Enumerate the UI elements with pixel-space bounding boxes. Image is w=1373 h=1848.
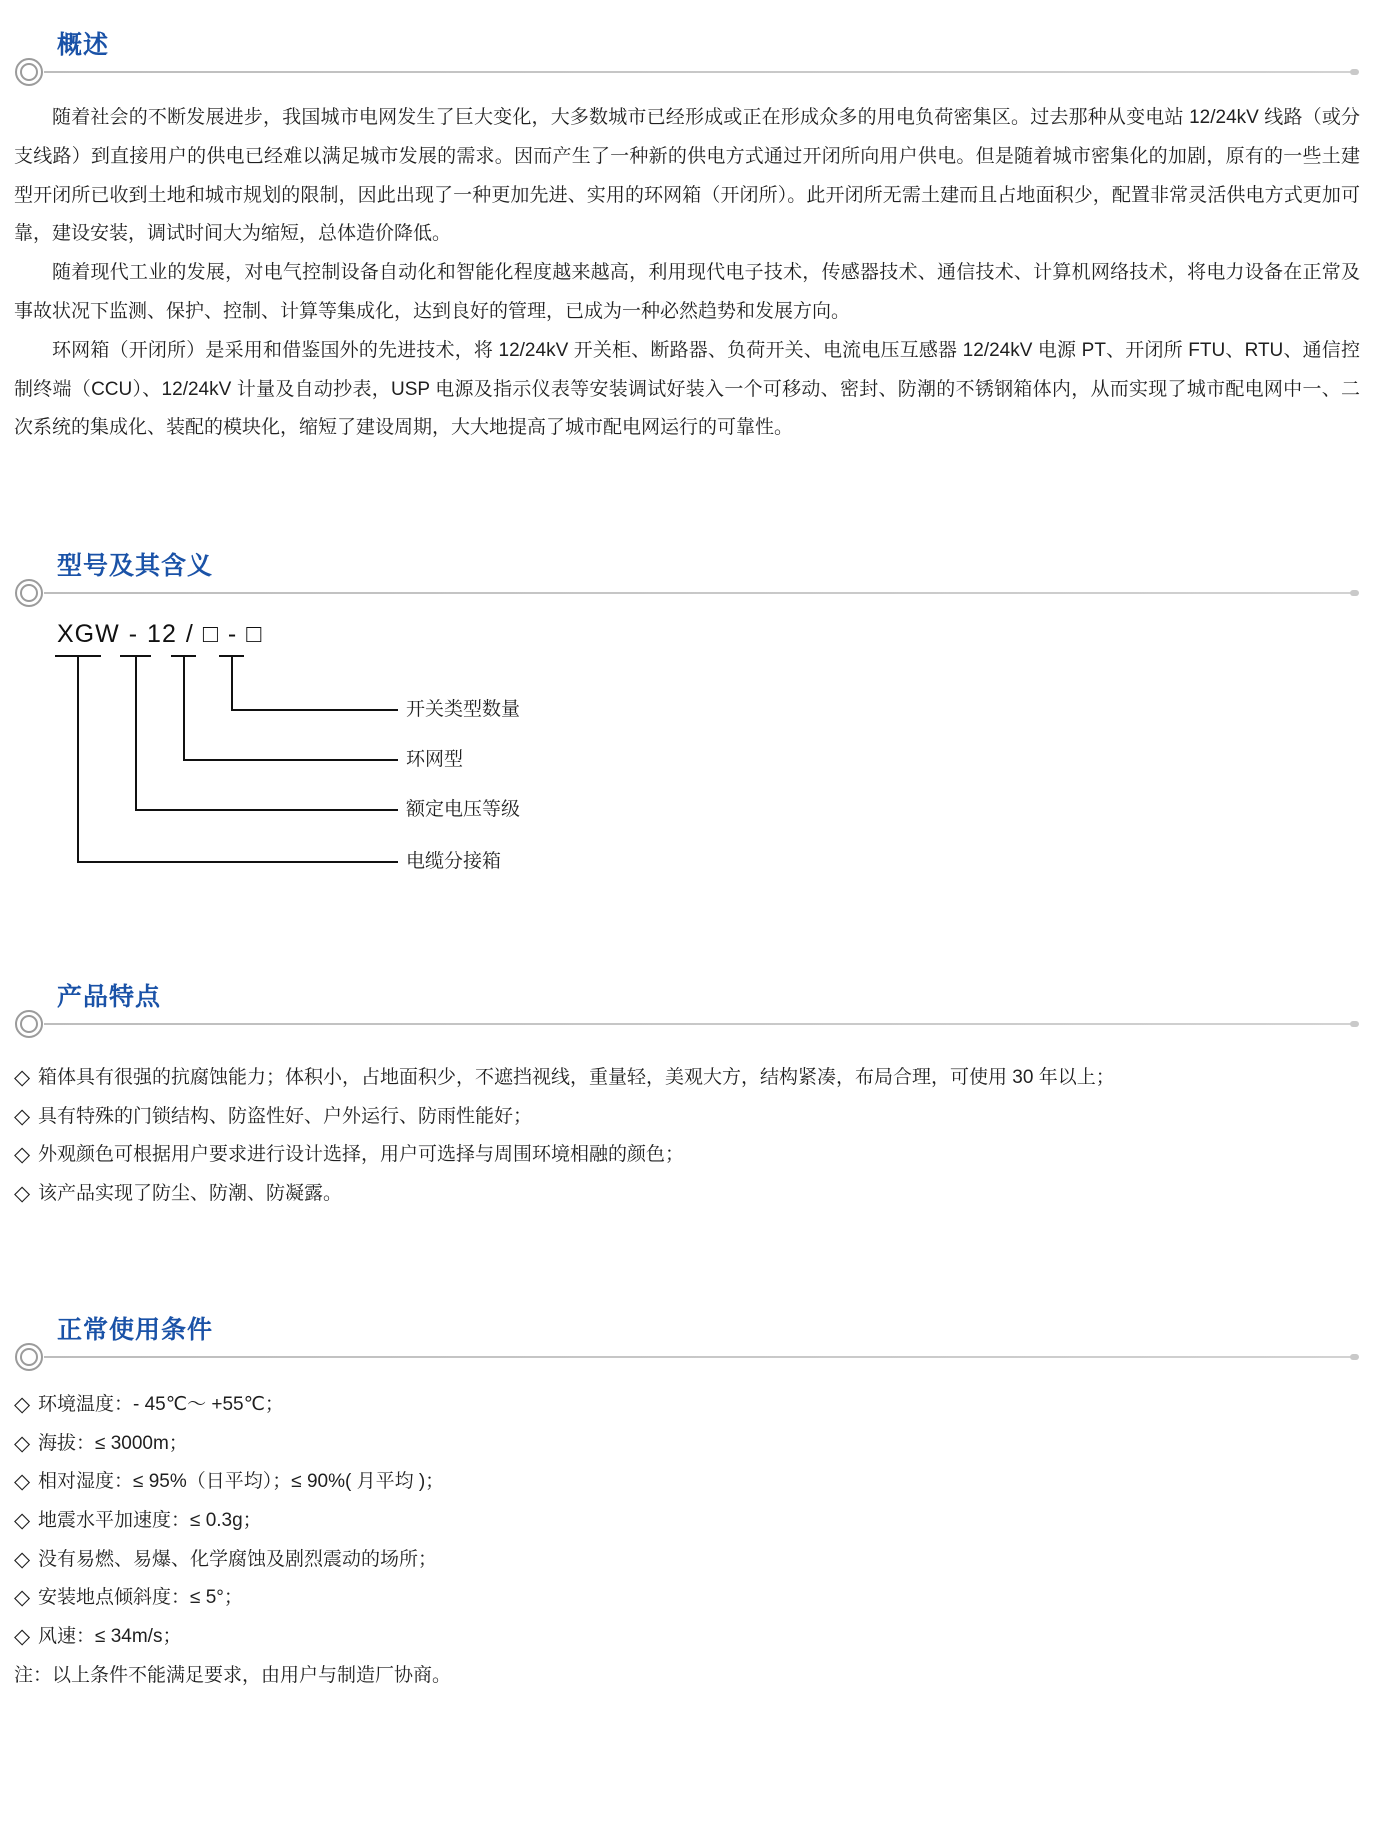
condition-item-text: 海拔：≤ 3000m； (38, 1425, 188, 1464)
section-marker-inner-ring-icon (20, 1015, 38, 1033)
model-label-cable-branch-box: 电缆分接箱 (406, 849, 501, 875)
section-marker-icon (15, 1343, 43, 1371)
model-code: XGW - 12 / □ - □ (57, 620, 262, 649)
section-rule-end-dot (1350, 69, 1359, 75)
section-rule-end-dot (1350, 1354, 1359, 1360)
feature-item-text: 具有特殊的门锁结构、防盗性好、户外运行、防雨性能好； (38, 1098, 532, 1137)
section-header-features: 产品特点 (0, 982, 1373, 1044)
condition-item: ◇ 相对湿度：≤ 95%（日平均）；≤ 90%( 月平均 )； (14, 1463, 1360, 1502)
feature-item-text: 该产品实现了防尘、防潮、防凝露。 (38, 1175, 342, 1214)
connector-horizontal-line (231, 709, 398, 711)
diamond-bullet-icon: ◇ (14, 1059, 38, 1098)
overview-paragraph: 环网箱（开闭所）是采用和借鉴国外的先进技术，将 12/24kV 开关柜、断路器、… (14, 332, 1360, 448)
diamond-bullet-icon: ◇ (14, 1425, 38, 1464)
section-rule (44, 1023, 1356, 1025)
section-title-model: 型号及其含义 (57, 551, 213, 581)
section-rule (44, 592, 1356, 594)
model-label-switch-type-count: 开关类型数量 (406, 697, 520, 723)
diamond-bullet-icon: ◇ (14, 1098, 38, 1137)
diamond-bullet-icon: ◇ (14, 1579, 38, 1618)
model-code-separator: - (228, 620, 237, 649)
section-marker-inner-ring-icon (20, 1348, 38, 1366)
overview-paragraph: 随着现代工业的发展，对电气控制设备自动化和智能化程度越来越高，利用现代电子技术，… (14, 254, 1360, 332)
diamond-bullet-icon: ◇ (14, 1541, 38, 1580)
overview-paragraph: 随着社会的不断发展进步，我国城市电网发生了巨大变化，大多数城市已经形成或正在形成… (14, 99, 1360, 254)
feature-item: ◇ 具有特殊的门锁结构、防盗性好、户外运行、防雨性能好； (14, 1098, 1360, 1137)
connector-vertical-line (183, 657, 185, 761)
connector-horizontal-line (135, 809, 398, 811)
condition-item-text: 风速：≤ 34m/s； (38, 1618, 181, 1657)
model-code-separator: - (129, 620, 138, 649)
conditions-note: 注：以上条件不能满足要求，由用户与制造厂协商。 (14, 1657, 1360, 1696)
feature-item: ◇ 该产品实现了防尘、防潮、防凝露。 (14, 1175, 1360, 1214)
section-header-overview: 概述 (0, 30, 1373, 92)
condition-item-text: 环境温度：- 45℃～ +55℃； (38, 1386, 284, 1425)
feature-item: ◇ 箱体具有很强的抗腐蚀能力；体积小，占地面积少，不遮挡视线，重量轻，美观大方，… (14, 1059, 1360, 1098)
section-rule-end-dot (1350, 1021, 1359, 1027)
features-list: ◇ 箱体具有很强的抗腐蚀能力；体积小，占地面积少，不遮挡视线，重量轻，美观大方，… (14, 1059, 1360, 1214)
condition-item-text: 没有易燃、易爆、化学腐蚀及剧烈震动的场所； (38, 1541, 437, 1580)
feature-item-text: 外观颜色可根据用户要求进行设计选择，用户可选择与周围环境相融的颜色； (38, 1136, 684, 1175)
section-rule (44, 1356, 1356, 1358)
connector-vertical-line (135, 657, 137, 811)
diamond-bullet-icon: ◇ (14, 1175, 38, 1214)
catalog-page: 概述 随着社会的不断发展进步，我国城市电网发生了巨大变化，大多数城市已经形成或正… (0, 0, 1373, 1848)
condition-item: ◇ 安装地点倾斜度：≤ 5°； (14, 1579, 1360, 1618)
placeholder-box: □ (203, 620, 219, 649)
model-code-segment: XGW (57, 620, 120, 649)
model-label-rated-voltage: 额定电压等级 (406, 797, 520, 823)
conditions-list: ◇ 环境温度：- 45℃～ +55℃； ◇ 海拔：≤ 3000m； ◇ 相对湿度… (14, 1386, 1360, 1696)
section-marker-icon (15, 1010, 43, 1038)
connector-vertical-line (77, 657, 79, 863)
feature-item-text: 箱体具有很强的抗腐蚀能力；体积小，占地面积少，不遮挡视线，重量轻，美观大方，结构… (38, 1059, 1115, 1098)
condition-item-text: 相对湿度：≤ 95%（日平均）；≤ 90%( 月平均 )； (38, 1463, 444, 1502)
section-marker-inner-ring-icon (20, 63, 38, 81)
condition-item-text: 地震水平加速度：≤ 0.3g； (38, 1502, 262, 1541)
section-marker-inner-ring-icon (20, 584, 38, 602)
diamond-bullet-icon: ◇ (14, 1618, 38, 1657)
model-label-ring-network-type: 环网型 (406, 747, 463, 773)
diamond-bullet-icon: ◇ (14, 1136, 38, 1175)
section-title-overview: 概述 (57, 30, 109, 60)
diamond-bullet-icon: ◇ (14, 1463, 38, 1502)
section-marker-icon (15, 579, 43, 607)
model-code-separator: / (186, 620, 194, 649)
section-header-model: 型号及其含义 (0, 551, 1373, 613)
section-marker-icon (15, 58, 43, 86)
overview-body: 随着社会的不断发展进步，我国城市电网发生了巨大变化，大多数城市已经形成或正在形成… (14, 99, 1360, 448)
connector-horizontal-line (77, 861, 398, 863)
condition-item-text: 安装地点倾斜度：≤ 5°； (38, 1579, 243, 1618)
diamond-bullet-icon: ◇ (14, 1502, 38, 1541)
section-rule-end-dot (1350, 590, 1359, 596)
condition-item: ◇ 没有易燃、易爆、化学腐蚀及剧烈震动的场所； (14, 1541, 1360, 1580)
section-title-features: 产品特点 (57, 982, 161, 1012)
condition-item: ◇ 环境温度：- 45℃～ +55℃； (14, 1386, 1360, 1425)
model-code-segment: 12 (147, 620, 177, 649)
condition-item: ◇ 风速：≤ 34m/s； (14, 1618, 1360, 1657)
condition-item: ◇ 地震水平加速度：≤ 0.3g； (14, 1502, 1360, 1541)
connector-horizontal-line (183, 759, 398, 761)
placeholder-box: □ (246, 620, 262, 649)
section-rule (44, 71, 1356, 73)
feature-item: ◇ 外观颜色可根据用户要求进行设计选择，用户可选择与周围环境相融的颜色； (14, 1136, 1360, 1175)
condition-item: ◇ 海拔：≤ 3000m； (14, 1425, 1360, 1464)
diamond-bullet-icon: ◇ (14, 1386, 38, 1425)
section-title-conditions: 正常使用条件 (57, 1315, 213, 1345)
connector-vertical-line (231, 657, 233, 711)
section-header-conditions: 正常使用条件 (0, 1315, 1373, 1377)
